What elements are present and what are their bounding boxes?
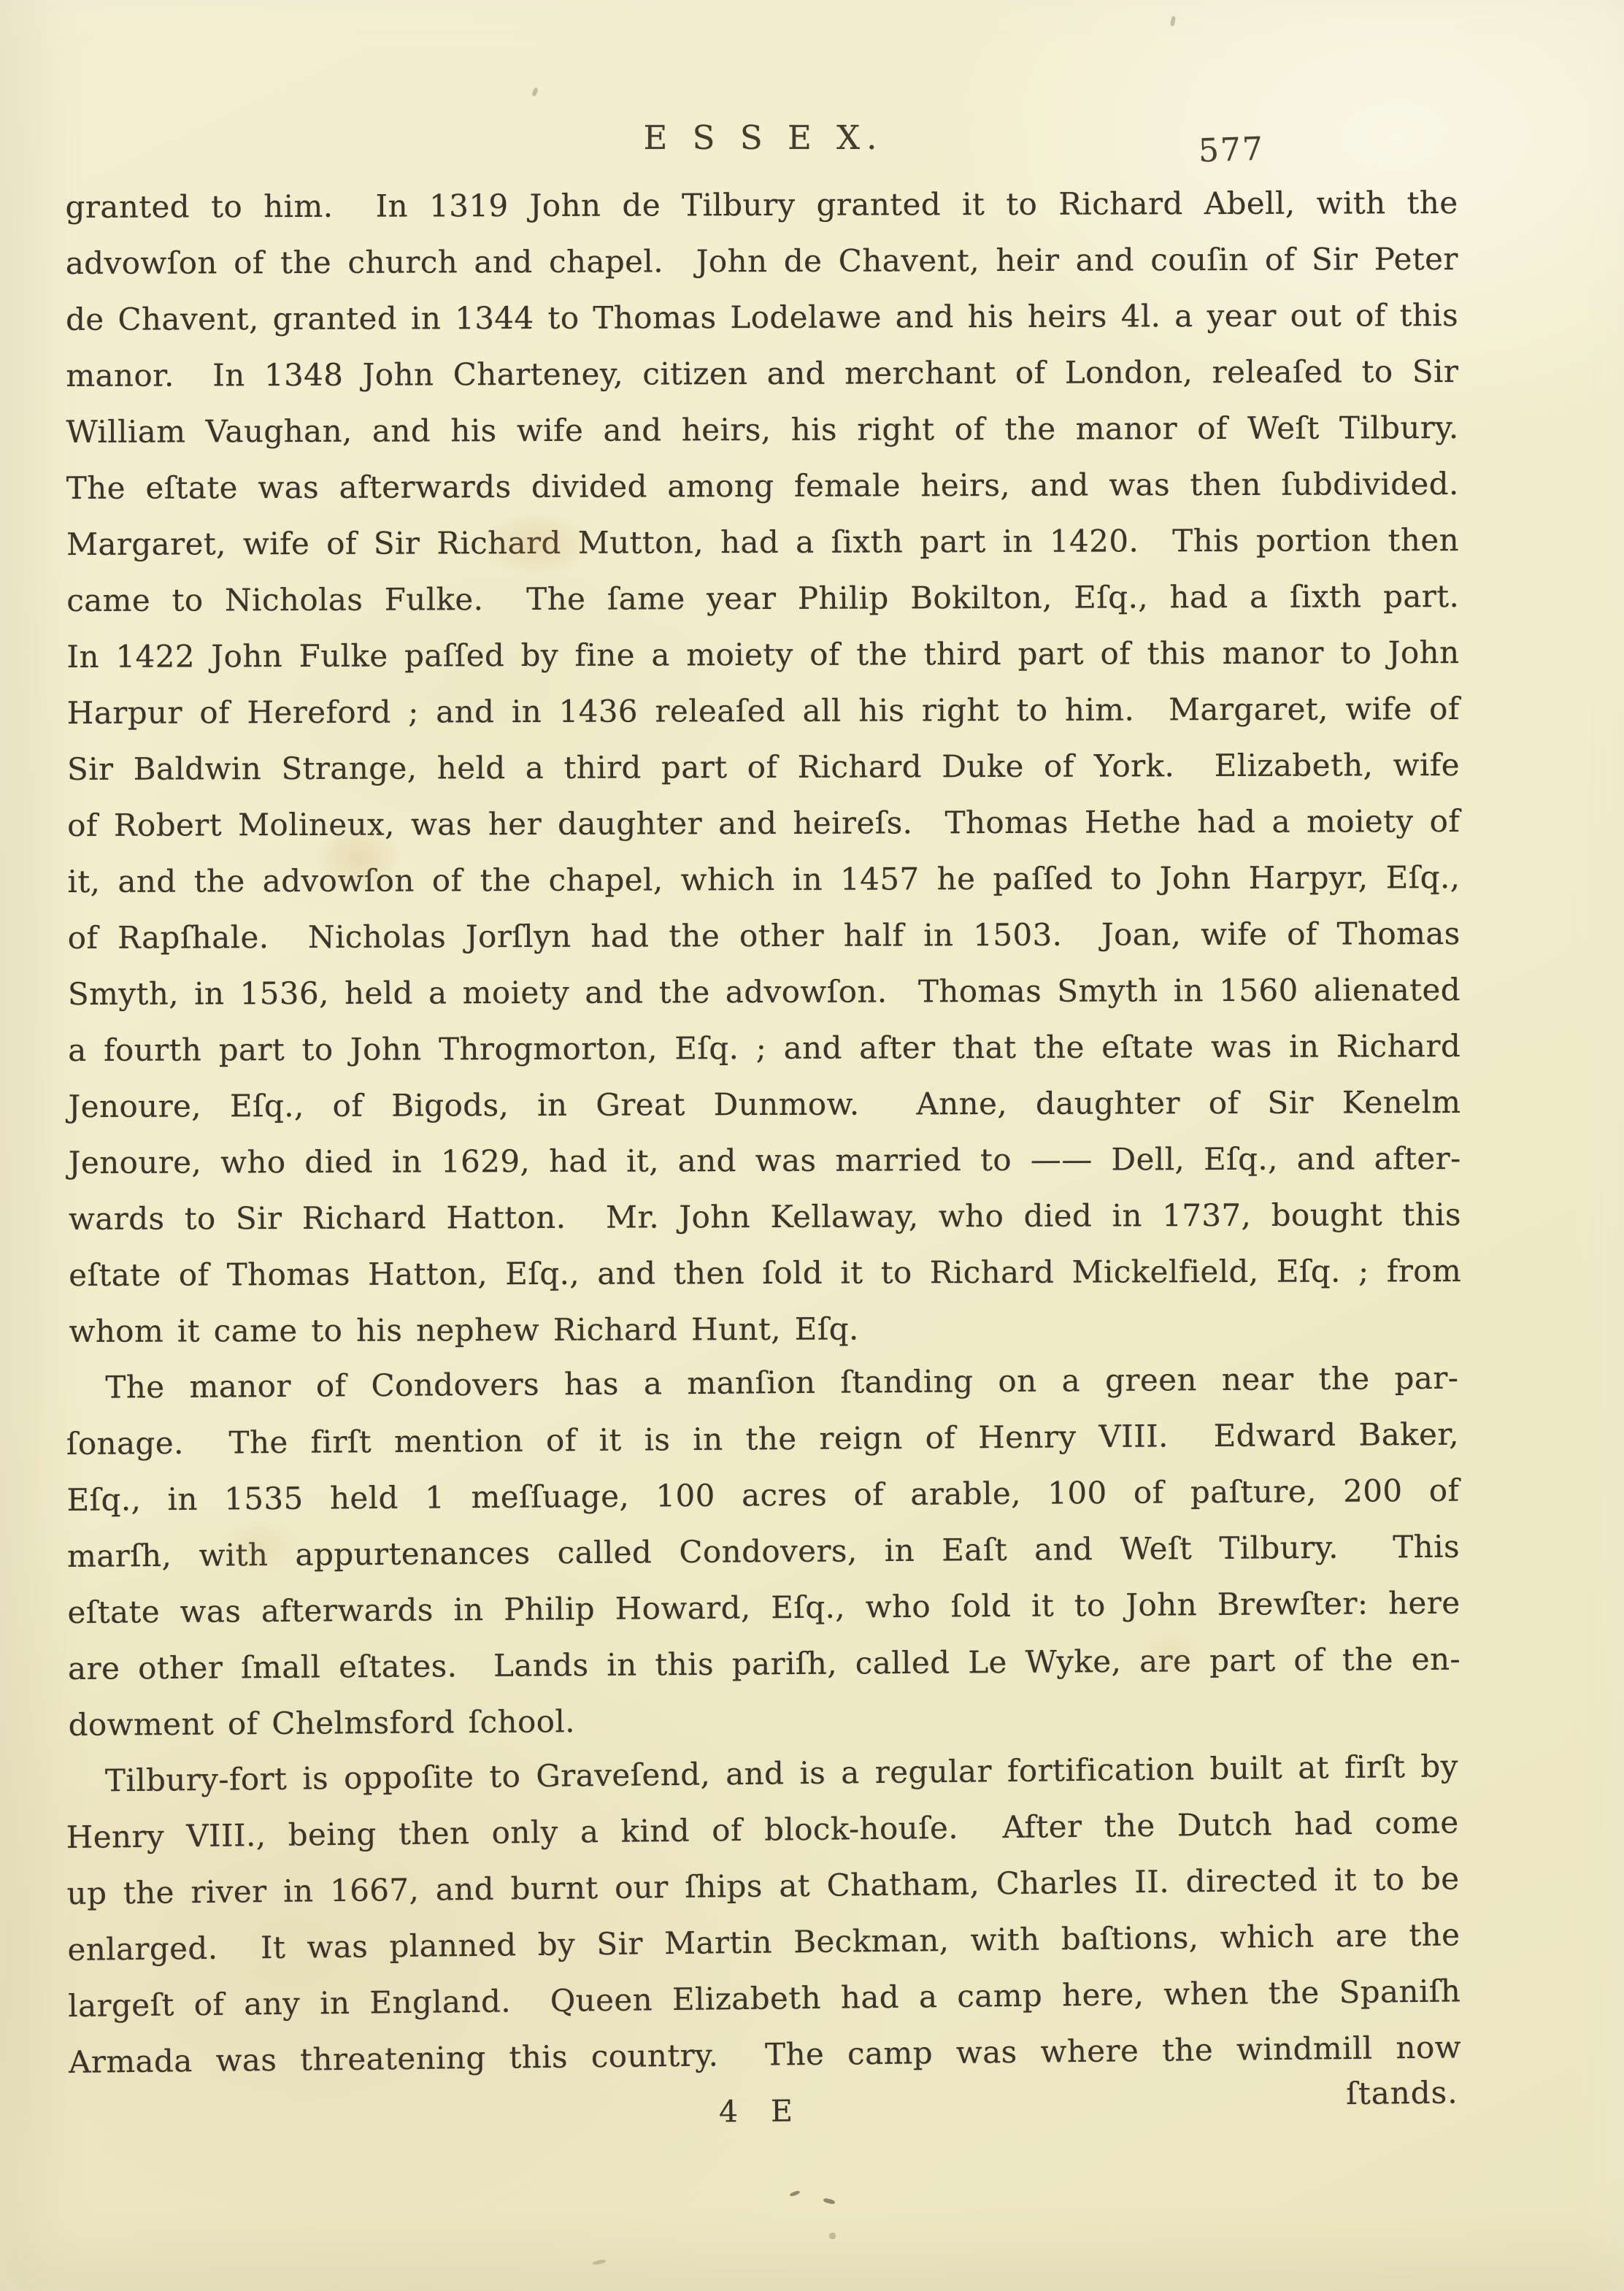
ink-speck: [1170, 16, 1176, 27]
text-line: marſh, with appurtenances called Condove…: [67, 1519, 1460, 1584]
text-line: de Chavent, granted in 1344 to Thomas Lo…: [66, 287, 1458, 348]
text-line: Jenoure, Eſq., of Bigods, in Great Dunmo…: [68, 1074, 1461, 1135]
text-line: Sir Baldwin Strange, held a third part o…: [67, 737, 1460, 797]
text-line: of Robert Molineux, was her daughter and…: [67, 793, 1460, 853]
text-line: William Vaughan, and his wife and heirs,…: [66, 399, 1458, 460]
text-line: eſtate of Thomas Hatton, Eſq., and then …: [69, 1243, 1461, 1303]
page-header: E S S E X. 577: [67, 118, 1460, 169]
text-line: granted to him. In 1319 John de Tilbury …: [65, 174, 1458, 235]
book-page-scan: E S S E X. 577 granted to him. In 1319 J…: [0, 0, 1624, 2291]
text-block: granted to him. In 1319 John de Tilbury …: [67, 179, 1460, 2090]
text-line: Jenoure, who died in 1629, had it, and w…: [69, 1130, 1461, 1191]
text-line: wards to Sir Richard Hatton. Mr. John Ke…: [69, 1186, 1461, 1247]
paragraph: Tilbury-fort is oppoſite to Graveſend, a…: [66, 1738, 1462, 2090]
ink-speck: [593, 2259, 607, 2265]
text-line: came to Nicholas Fulke. The ſame year Ph…: [66, 568, 1459, 629]
text-line: of Rapſhale. Nicholas Jorſlyn had the ot…: [68, 905, 1461, 966]
page-footer: ſtands. 4 E: [66, 2074, 1460, 2170]
text-line: Margaret, wife of Sir Richard Mutton, ha…: [66, 512, 1459, 572]
ink-speck: [829, 2233, 836, 2239]
text-line: whom it came to his nephew Richard Hunt,…: [69, 1299, 1461, 1359]
paragraph: The manor of Condovers has a manſion ſta…: [66, 1350, 1461, 1753]
ink-speck: [531, 87, 539, 96]
text-line: Harpur of Hereford ; and in 1436 releaſe…: [67, 680, 1460, 741]
catchword: ſtands.: [1346, 2074, 1458, 2111]
signature-mark: 4 E: [719, 2093, 805, 2129]
text-line: eſtate was afterwards in Philip Howard, …: [67, 1575, 1460, 1640]
text-line: The eſtate was afterwards divided among …: [66, 456, 1459, 516]
paragraph: granted to him. In 1319 John de Tilbury …: [65, 174, 1461, 1359]
text-line: The manor of Condovers has a manſion ſta…: [66, 1350, 1458, 1416]
text-line: Smyth, in 1536, held a moiety and the ad…: [68, 962, 1461, 1022]
text-line: In 1422 John Fulke paſſed by fine a moie…: [66, 624, 1459, 685]
text-line: a fourth part to John Throgmorton, Eſq. …: [68, 1018, 1461, 1078]
ink-speck: [790, 2190, 801, 2197]
text-line: it, and the advowſon of the chapel, whic…: [67, 849, 1460, 910]
text-line: are other ſmall eſtates. Lands in this p…: [68, 1631, 1461, 1697]
ink-speck: [823, 2198, 835, 2205]
text-line: ſonage. The firſt mention of it is in th…: [66, 1406, 1459, 1472]
text-line: manor. In 1348 John Charteney, citizen a…: [66, 343, 1458, 404]
page-number: 577: [1198, 130, 1265, 169]
text-line: advowſon of the church and chapel. John …: [66, 231, 1458, 291]
text-line: Eſq., in 1535 held 1 meſſuage, 100 acres…: [66, 1462, 1459, 1528]
